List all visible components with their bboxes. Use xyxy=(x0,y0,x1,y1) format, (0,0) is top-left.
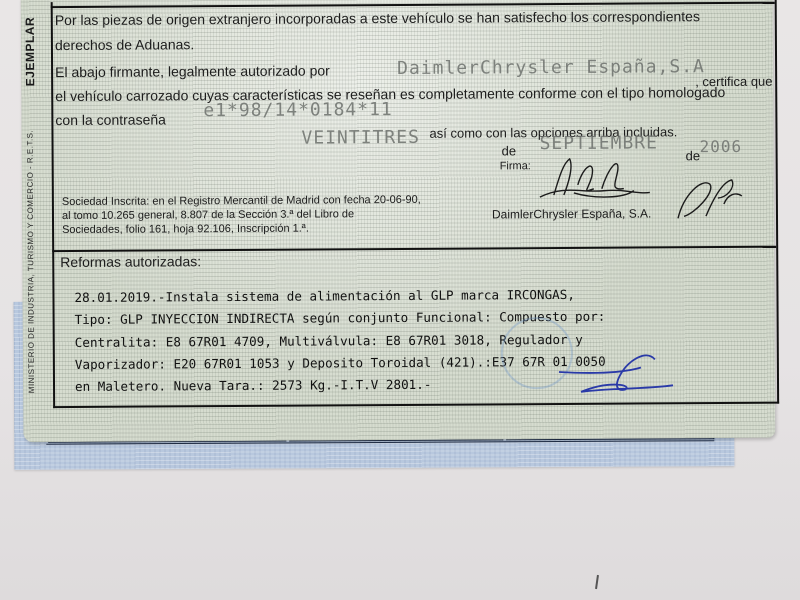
background-cable xyxy=(595,575,599,589)
registry-line-1: Sociedad Inscrita: en el Registro Mercan… xyxy=(62,194,421,208)
side-label-ejemplar: EJEMPLAR xyxy=(23,6,44,96)
password-label: con la contraseña xyxy=(55,111,166,128)
second-signature-ink xyxy=(672,174,752,224)
day-typed: VEINTITRES xyxy=(301,127,420,149)
firma-label: Firma: xyxy=(500,160,531,172)
month-typed: SEPTIEMBRE xyxy=(539,132,658,154)
registry-line-2: al tomo 10.265 general, 8.807 de la Secc… xyxy=(62,208,354,222)
inspector-signature-ink xyxy=(551,349,681,400)
signature-ink xyxy=(534,154,654,205)
manufacturer-typed: DaimlerChrysler España,S.A xyxy=(397,56,705,79)
signer-line: El abajo firmante, legalmente autorizado… xyxy=(55,62,330,80)
de-label-1: de xyxy=(502,143,517,158)
reform-line: 28.01.2019.-Instala sistema de alimentac… xyxy=(74,287,575,305)
vehicle-technical-card: EJEMPLAR MINISTERIO DE INDUSTRIA, TURISM… xyxy=(21,0,776,442)
registry-line-3: Sociedades, folio 161, hoja 92.106, Insc… xyxy=(62,223,309,237)
side-label-ministry: MINISTERIO DE INDUSTRIA, TURISMO Y COMER… xyxy=(25,133,43,393)
year-typed: 2006 xyxy=(700,137,743,156)
reforms-heading: Reformas autorizadas: xyxy=(60,253,201,270)
de-label-2: de xyxy=(686,148,701,163)
company-signature-label: DaimlerChrysler España, S.A. xyxy=(492,206,651,221)
homologation-password: e1*98/14*0184*11 xyxy=(203,99,393,121)
reform-line: en Maletero. Nueva Tara.: 2573 Kg.-I.T.V… xyxy=(75,377,431,394)
customs-line-2: derechos de Aduanas. xyxy=(55,36,194,53)
